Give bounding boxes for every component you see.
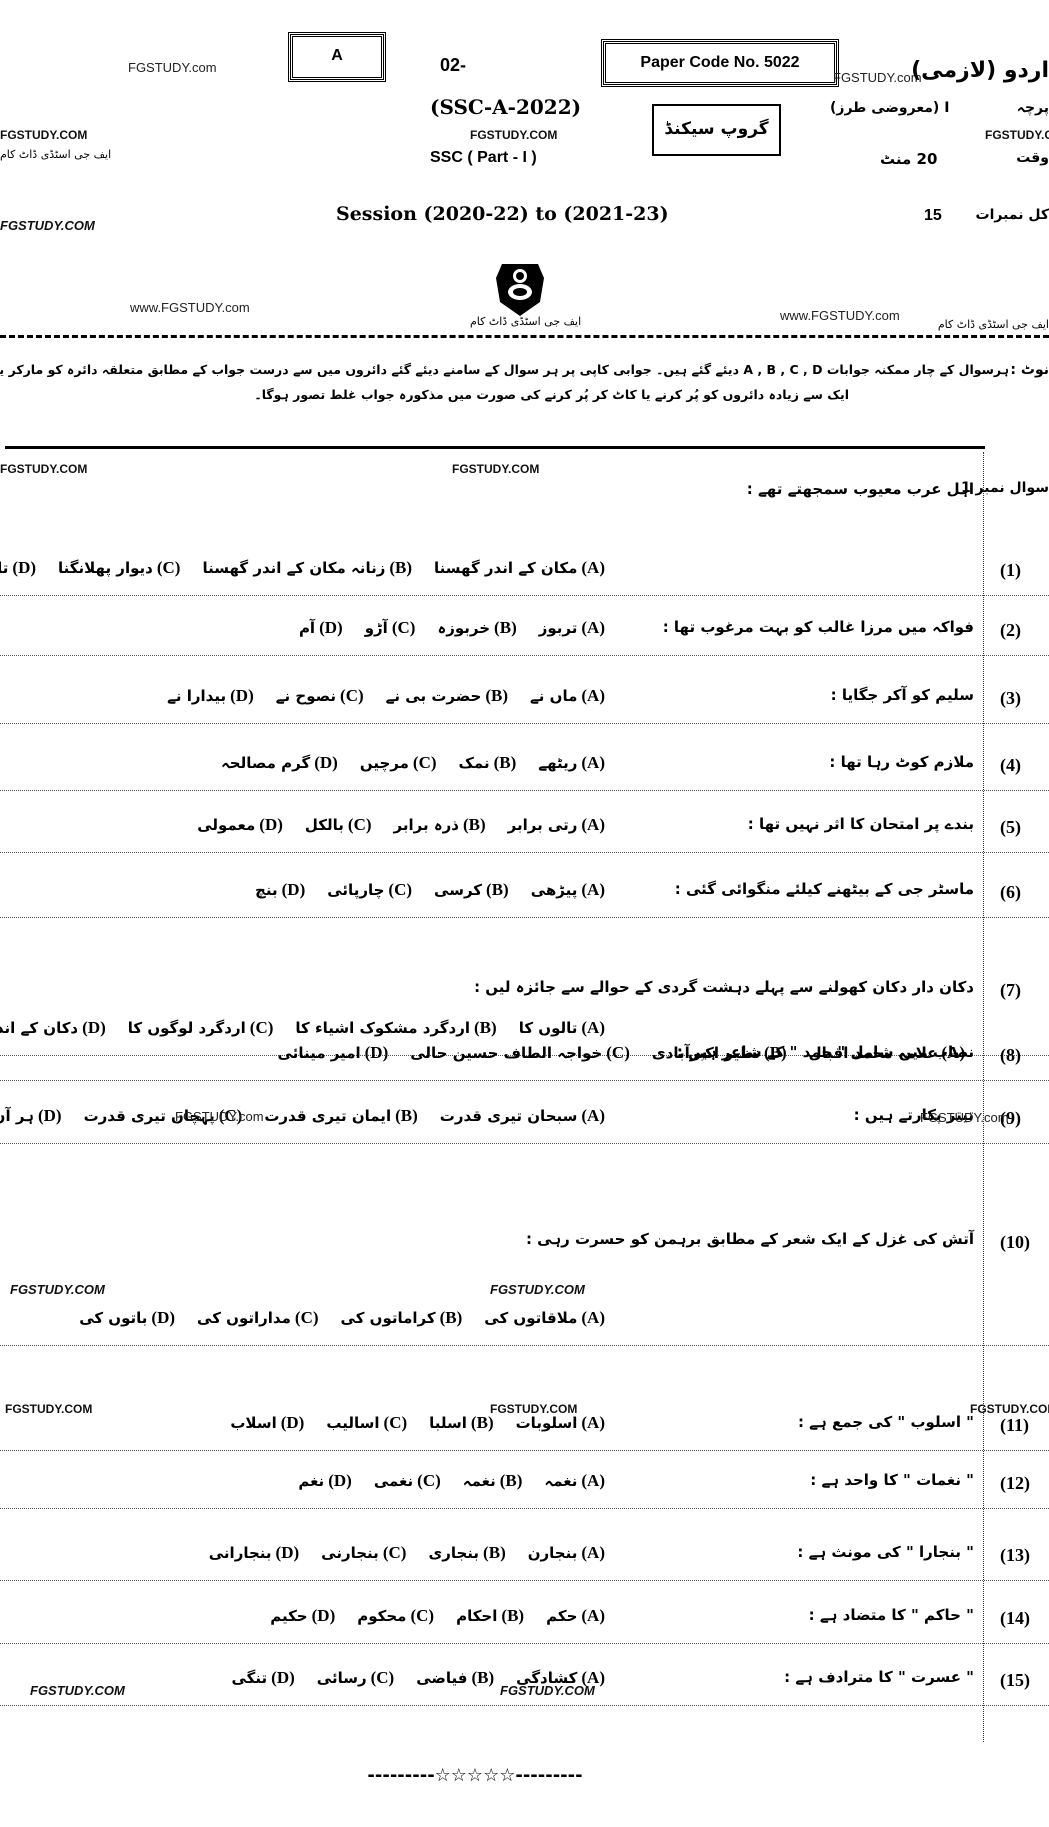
answer-option-b[interactable]: (B)کرسی (434, 881, 513, 899)
answer-options: (A)علامہ محمد اقبال(B)نظیر اکبرآبادی(C)خ… (260, 1043, 969, 1063)
option-label: (C) (336, 686, 368, 705)
option-text: فیاضی (416, 1669, 467, 1687)
watermark: FGSTUDY.COM (490, 1282, 585, 1297)
answer-option-c[interactable]: (C)اردگرد لوگوں کا (128, 1019, 278, 1037)
option-label: (C) (380, 1413, 412, 1432)
option-label: (A) (577, 558, 609, 577)
answer-options: (A)تالوں کا(B)اردگرد مشکوک اشیاء کا(C)ار… (0, 1018, 609, 1038)
answer-option-a[interactable]: (A)پیڑھی (531, 881, 609, 899)
option-label: (B) (479, 1543, 510, 1562)
option-text: نصوح نے (276, 687, 336, 705)
answer-options: (A)سبحان تیری قدرت(B)ایمان تیری قدرت(C)پ… (0, 1106, 609, 1126)
instructions-label: نوٹ : (1010, 362, 1049, 378)
option-label: (A) (577, 1543, 609, 1562)
watermark-urdu: ایف جی اسٹڈی ڈاٹ کام (0, 148, 111, 161)
question-stem: ماسٹر جی کے بیٹھنے کیلئے منگوائی گئی : (675, 880, 974, 898)
end-mark: ---------☆☆☆☆☆--------- (300, 1765, 650, 1786)
option-text: اردگرد مشکوک اشیاء کا (295, 1019, 470, 1037)
option-text: مداراتوں کی (197, 1309, 291, 1327)
option-text: تنگی (231, 1669, 267, 1687)
question-stem: فواکہ میں مرزا غالب کو بہت مرغوب تھا : (663, 618, 974, 636)
answer-option-c[interactable]: (C)خواجہ الطاف حسین حالی (410, 1044, 634, 1062)
watermark: FGSTUDY.COM (0, 128, 87, 142)
answer-option-d[interactable]: (D)تالا توڑنا (0, 559, 40, 577)
question-number: (5) (1000, 817, 1021, 838)
option-label: (A) (577, 686, 609, 705)
option-label: (B) (467, 1668, 498, 1687)
option-label: (C) (406, 1606, 438, 1625)
subject-title: اردو (لازمی) (911, 58, 1049, 83)
answer-options: (A)ملاقاتوں کی(B)کراماتوں کی(C)مداراتوں … (61, 1308, 609, 1328)
option-text: نمک (459, 754, 490, 772)
watermark: FGSTUDY.com (833, 70, 922, 85)
option-text: آم (299, 619, 315, 637)
answer-option-d[interactable]: (D)حکیم (270, 1607, 339, 1625)
answer-option-b[interactable]: (B)نمک (459, 754, 521, 772)
row-divider (0, 1143, 1049, 1144)
answer-option-d[interactable]: (D)باتوں کی (79, 1309, 179, 1327)
row-divider (0, 1080, 1049, 1081)
question-number: (11) (1000, 1415, 1029, 1436)
answer-option-a[interactable]: (A)ریٹھے (538, 754, 609, 772)
watermark: FGSTUDY.COM (0, 462, 87, 476)
option-text: خربوزہ (437, 619, 490, 637)
watermark: FGSTUDY.COM (985, 128, 1049, 142)
answer-option-b[interactable]: (B)نظیر اکبرآبادی (652, 1044, 791, 1062)
option-label: (D) (226, 686, 258, 705)
row-divider (0, 1450, 1049, 1451)
section-label: سوال نمبر 1 (961, 480, 1049, 496)
answer-option-d[interactable]: (D)ہر آن تیری قدرت (0, 1107, 66, 1125)
answer-option-a[interactable]: (A)تالوں کا (519, 1019, 609, 1037)
group-label: گروپ سیکنڈ (664, 119, 768, 139)
answer-option-b[interactable]: (B)اردگرد مشکوک اشیاء کا (295, 1019, 500, 1037)
answer-option-a[interactable]: (A)حکم (546, 1607, 609, 1625)
watermark-urdu: ایف جی اسٹڈی ڈاٹ کام (938, 318, 1049, 331)
question-stem: " اسلوب " کی جمع ہے : (798, 1413, 974, 1431)
answer-options: (A)نغمہ(B)نغمہ(C)نغمی(D)نغم (280, 1471, 609, 1491)
row-divider (0, 1643, 1049, 1644)
answer-option-d[interactable]: (D)دکان کے اندر اشیاء کا (0, 1019, 110, 1037)
option-label: (A) (577, 880, 609, 899)
option-text: امیر مینائی (278, 1044, 361, 1062)
option-text: ذرہ برابر (394, 816, 459, 834)
option-text: رسائی (317, 1669, 367, 1687)
option-text: معمولی (197, 816, 255, 834)
option-label: (D) (255, 815, 287, 834)
option-text: مرچیں (360, 754, 409, 772)
answer-option-d[interactable]: (D)معمولی (197, 816, 287, 834)
question-stem: سلیم کو آکر جگایا : (831, 686, 974, 704)
option-text: اسلبا (429, 1414, 467, 1432)
answer-option-d[interactable]: (D)اسلاب (230, 1414, 308, 1432)
option-label: (C) (291, 1308, 323, 1327)
answer-option-a[interactable]: (A)ملاقاتوں کی (484, 1309, 609, 1327)
option-text: نغمہ (463, 1472, 496, 1490)
option-text: دکان کے اندر اشیاء کا (0, 1019, 78, 1037)
answer-options: (A)ماں نے(B)حضرت بی نے(C)نصوح نے(D)بیدار… (149, 686, 609, 706)
option-label: (B) (470, 1018, 501, 1037)
answer-option-c[interactable]: (C)بالکل (305, 816, 376, 834)
answer-option-a[interactable]: (A)نغمہ (544, 1472, 609, 1490)
watermark: FGSTUDY.COM (10, 1282, 105, 1297)
option-text: کرسی (434, 881, 482, 899)
answer-options: (A)ریٹھے(B)نمک(C)مرچیں(D)گرم مصالحہ (203, 753, 609, 773)
answer-option-c[interactable]: (C)اسالیب (326, 1414, 411, 1432)
option-label: (B) (459, 815, 490, 834)
answer-options: (A)مکان کے اندر گھسنا(B)زنانہ مکان کے ان… (0, 558, 609, 578)
option-label: (D) (147, 1308, 179, 1327)
option-text: تربوز (539, 619, 578, 637)
option-label: (B) (385, 558, 416, 577)
answer-option-d[interactable]: (D)آم (299, 619, 347, 637)
option-label: (A) (577, 753, 609, 772)
option-text: حکم (546, 1607, 577, 1625)
question-stem: " بنجارا " کی مونث ہے : (797, 1543, 974, 1561)
row-divider (0, 852, 1049, 853)
row-divider (0, 790, 1049, 791)
option-text: ملاقاتوں کی (484, 1309, 577, 1327)
answer-option-c[interactable]: (C)آڑو (365, 619, 420, 637)
answer-option-c[interactable]: (C)بنجارنی (321, 1544, 410, 1562)
group-box: گروپ سیکنڈ (652, 104, 781, 156)
answer-option-d[interactable]: (D)نغم (298, 1472, 356, 1490)
option-label: (C) (153, 558, 185, 577)
option-label: (A) (577, 1413, 609, 1432)
time-value: 20 منٹ (880, 150, 937, 168)
marks-value: 15 (924, 207, 942, 225)
paper-type: I (معروضی طرز) (830, 100, 949, 116)
watermark: www.FGSTUDY.com (130, 300, 250, 315)
option-text: اسلاب (230, 1414, 276, 1432)
option-label: (D) (324, 1471, 356, 1490)
answer-option-a[interactable]: (A)اسلوبات (516, 1414, 609, 1432)
answer-option-b[interactable]: (B)خربوزہ (437, 619, 520, 637)
option-label: (A) (577, 815, 609, 834)
option-text: اسلوبات (516, 1414, 578, 1432)
option-text: علامہ محمد اقبال (809, 1044, 938, 1062)
question-number: (8) (1000, 1045, 1021, 1066)
option-text: نغم (298, 1472, 324, 1490)
option-label: (B) (496, 1471, 527, 1490)
option-text: محکوم (357, 1607, 406, 1625)
option-text: نغمی (374, 1472, 413, 1490)
instructions-line-1: ہرسوال کے چار ممکنہ جوابات A , B , C , D… (0, 362, 1009, 377)
question-number: (7) (1000, 980, 1021, 1001)
answer-option-d[interactable]: (D)گرم مصالحہ (221, 754, 342, 772)
session: Session (2020-22) to (2021-23) (336, 203, 669, 225)
option-label: (D) (277, 1413, 309, 1432)
row-divider (0, 655, 1049, 656)
row-divider (0, 723, 1049, 724)
option-text: کراماتوں کی (341, 1309, 436, 1327)
answer-option-d[interactable]: (D)امیر مینائی (278, 1044, 393, 1062)
option-label: (C) (602, 1043, 634, 1062)
option-label: (D) (272, 1543, 304, 1562)
question-stem: دکان دار دکان کھولنے سے پہلے دہشت گردی ک… (474, 978, 974, 996)
answer-option-a[interactable]: (A)علامہ محمد اقبال (809, 1044, 969, 1062)
option-text: نظیر اکبرآبادی (652, 1044, 760, 1062)
option-text: آڑو (365, 619, 388, 637)
answer-option-a[interactable]: (A)مکان کے اندر گھسنا (434, 559, 609, 577)
option-label: (A) (577, 1606, 609, 1625)
watermark: FGSTUDY.COM (30, 1683, 125, 1698)
option-text: حکیم (270, 1607, 307, 1625)
answer-options: (A)حکم(B)احکام(C)محکوم(D)حکیم (252, 1606, 609, 1626)
answer-option-b[interactable]: (B)کراماتوں کی (341, 1309, 467, 1327)
option-text: بنچ (255, 881, 278, 899)
question-stem: آتش کی غزل کے ایک شعر کے مطابق برہمن کو … (526, 1230, 974, 1248)
option-label: (B) (482, 880, 513, 899)
option-text: ریٹھے (538, 754, 577, 772)
option-label: (D) (278, 880, 310, 899)
option-text: بیدارا نے (167, 687, 226, 705)
answer-options: (A)پیڑھی(B)کرسی(C)چارپائی(D)بنچ (237, 880, 609, 900)
option-label: (D) (308, 1606, 340, 1625)
option-label: (D) (361, 1043, 393, 1062)
instructions-line-2: ایک سے زیادہ دائروں کو پُر کرنے یا کاٹ ک… (254, 387, 849, 402)
row-divider (0, 1580, 1049, 1581)
answer-option-d[interactable]: (D)تنگی (231, 1669, 298, 1687)
marks-label: کل نمبرات (976, 207, 1049, 223)
question-number: (6) (1000, 882, 1021, 903)
option-label: (D) (267, 1668, 299, 1687)
option-label: (C) (384, 880, 416, 899)
paper-letter-box: A (290, 34, 384, 80)
option-text: زنانہ مکان کے اندر گھسنا (202, 559, 385, 577)
question-number: (4) (1000, 755, 1021, 776)
question-stem: بندے پر امتحان کا اثر نہیں تھا : (748, 815, 974, 833)
answer-option-d[interactable]: (D)بیدارا نے (167, 687, 258, 705)
question-stem: ملازم کوٹ رہا تھا : (829, 753, 974, 771)
time-label: وقت (1016, 150, 1049, 166)
question-number: (1) (1000, 560, 1021, 581)
watermark: FGSTUDY.COM (500, 1683, 595, 1698)
question-number: (15) (1000, 1670, 1030, 1691)
watermark: FGSTUDY.COM (5, 1402, 92, 1416)
option-label: (B) (481, 686, 512, 705)
option-text: حضرت بی نے (386, 687, 482, 705)
option-label: (C) (388, 618, 420, 637)
answer-option-c[interactable]: (C)چارپائی (327, 881, 416, 899)
class-title: SSC ( Part - I ) (430, 149, 537, 167)
answer-option-d[interactable]: (D)بنچ (255, 881, 309, 899)
option-text: اردگرد لوگوں کا (128, 1019, 246, 1037)
question-number: (10) (1000, 1232, 1030, 1253)
watermark: www.FGSTUDY.com (780, 308, 900, 323)
answer-option-b[interactable]: (B)نغمہ (463, 1472, 527, 1490)
answer-option-c[interactable]: (C)نصوح نے (276, 687, 368, 705)
option-label: (C) (413, 1471, 445, 1490)
option-label: (B) (760, 1043, 791, 1062)
paper-number: 02- (440, 55, 466, 76)
section-divider (5, 446, 985, 449)
watermark: FGSTUDY.COM (452, 462, 539, 476)
option-text: بنجارن (528, 1544, 578, 1562)
answer-option-c[interactable]: (C)دیوار پھلانگنا (58, 559, 184, 577)
question-number: (14) (1000, 1608, 1030, 1629)
option-label: (D) (8, 558, 40, 577)
option-label: (B) (436, 1308, 467, 1327)
option-label: (B) (490, 753, 521, 772)
option-text: دیوار پھلانگنا (58, 559, 153, 577)
answer-option-a[interactable]: (A)تربوز (539, 619, 609, 637)
answer-options: (A)تربوز(B)خربوزہ(C)آڑو(D)آم (281, 618, 609, 638)
answer-option-b[interactable]: (B)احکام (456, 1607, 528, 1625)
number-column-divider (983, 452, 984, 1742)
question-number: (3) (1000, 688, 1021, 709)
question-stem: " عسرت " کا مترادف ہے : (784, 1668, 974, 1686)
watermark: FGSTUDY.COM (470, 128, 557, 142)
option-text: ایمان تیری قدرت (264, 1107, 391, 1125)
option-text: ماں نے (530, 687, 577, 705)
question-stem: " حاکم " کا متضاد ہے : (809, 1606, 974, 1624)
option-text: اسالیب (326, 1414, 379, 1432)
paper-type-label: پرچہ (1017, 100, 1049, 116)
option-text: پیڑھی (531, 881, 578, 899)
option-text: مکان کے اندر گھسنا (434, 559, 577, 577)
answer-option-a[interactable]: (A)بنجارن (528, 1544, 609, 1562)
header-divider (0, 335, 1049, 338)
option-label: (C) (344, 815, 376, 834)
answer-option-c[interactable]: (C)مرچیں (360, 754, 441, 772)
watermark: FGSTUDY.COM (490, 1402, 577, 1416)
logo-caption: ایف جی اسٹڈی ڈاٹ کام (470, 315, 581, 328)
answer-option-b[interactable]: (B)ذرہ برابر (394, 816, 490, 834)
option-label: (D) (315, 618, 347, 637)
answer-option-a[interactable]: (A)سبحان تیری قدرت (440, 1107, 609, 1125)
option-text: گرم مصالحہ (221, 754, 310, 772)
option-text: تالوں کا (519, 1019, 578, 1037)
answer-option-b[interactable]: (B)حضرت بی نے (386, 687, 512, 705)
answer-option-c[interactable]: (C)مداراتوں کی (197, 1309, 322, 1327)
answer-option-b[interactable]: (B)فیاضی (416, 1669, 498, 1687)
watermark: FGSTUDY.COM (970, 1402, 1049, 1416)
answer-options: (A)بنجارن(B)بنجاری(C)بنجارنی(D)بنجارانی (191, 1543, 609, 1563)
option-label: (A) (577, 1018, 609, 1037)
option-text: احکام (456, 1607, 497, 1625)
question-stem: " نغمات " کا واحد ہے : (810, 1471, 974, 1489)
watermark: FGSTUDY.com (920, 1110, 1009, 1125)
option-text: بنجارانی (209, 1544, 272, 1562)
answer-option-a[interactable]: (A)ماں نے (530, 687, 609, 705)
answer-option-b[interactable]: (B)زنانہ مکان کے اندر گھسنا (202, 559, 416, 577)
row-divider (0, 1508, 1049, 1509)
row-divider (0, 1345, 1049, 1346)
option-text: باتوں کی (79, 1309, 147, 1327)
option-text: بنجاری (428, 1544, 479, 1562)
option-label: (C) (379, 1543, 411, 1562)
option-label: (A) (937, 1043, 969, 1062)
answer-option-d[interactable]: (D)بنجارانی (209, 1544, 303, 1562)
option-text: بنجارنی (321, 1544, 379, 1562)
option-label: (D) (310, 753, 342, 772)
row-divider (0, 595, 1049, 596)
option-label: (D) (34, 1106, 66, 1125)
option-text: ہر آن تیری قدرت (0, 1107, 34, 1125)
option-text: رتی برابر (508, 816, 578, 834)
answer-options: (A)رتی برابر(B)ذرہ برابر(C)بالکل(D)معمول… (179, 815, 609, 835)
option-label: (B) (490, 618, 521, 637)
answer-option-b[interactable]: (B)بنجاری (428, 1544, 509, 1562)
question-number: (2) (1000, 620, 1021, 641)
answer-option-c[interactable]: (C)نغمی (374, 1472, 445, 1490)
option-label: (C) (367, 1668, 399, 1687)
option-label: (C) (409, 753, 441, 772)
answer-option-b[interactable]: (B)ایمان تیری قدرت (264, 1107, 421, 1125)
option-text: بالکل (305, 816, 344, 834)
exam-title: (SSC-A-2022) (430, 95, 581, 119)
section-prompt: اہل عرب معیوب سمجھتے تھے : (747, 480, 974, 498)
answer-options: (A)اسلوبات(B)اسلبا(C)اسالیب(D)اسلاب (212, 1413, 609, 1433)
option-label: (B) (391, 1106, 422, 1125)
watermark: FGSTUDY.COM (0, 218, 95, 233)
paper-code-box: Paper Code No. 5022 (603, 41, 837, 85)
option-label: (B) (497, 1606, 528, 1625)
watermark: FGSTUDY.com (128, 60, 217, 75)
option-text: سبحان تیری قدرت (440, 1107, 578, 1125)
watermark: FGSTUDY.com (175, 1109, 264, 1124)
option-text: خواجہ الطاف حسین حالی (410, 1044, 602, 1062)
option-label: (A) (577, 618, 609, 637)
question-number: (12) (1000, 1473, 1030, 1494)
answer-option-c[interactable]: (C)رسائی (317, 1669, 398, 1687)
board-logo-icon (494, 258, 546, 318)
answer-option-b[interactable]: (B)اسلبا (429, 1414, 497, 1432)
option-label: (D) (78, 1018, 110, 1037)
answer-option-c[interactable]: (C)محکوم (357, 1607, 438, 1625)
option-text: چارپائی (327, 881, 384, 899)
row-divider (0, 1705, 1049, 1706)
option-text: نغمہ (544, 1472, 577, 1490)
option-label: (A) (577, 1471, 609, 1490)
row-divider (0, 917, 1049, 918)
option-label: (A) (577, 1106, 609, 1125)
option-label: (A) (577, 1308, 609, 1327)
answer-option-a[interactable]: (A)رتی برابر (508, 816, 609, 834)
question-number: (13) (1000, 1545, 1030, 1566)
option-label: (C) (246, 1018, 278, 1037)
